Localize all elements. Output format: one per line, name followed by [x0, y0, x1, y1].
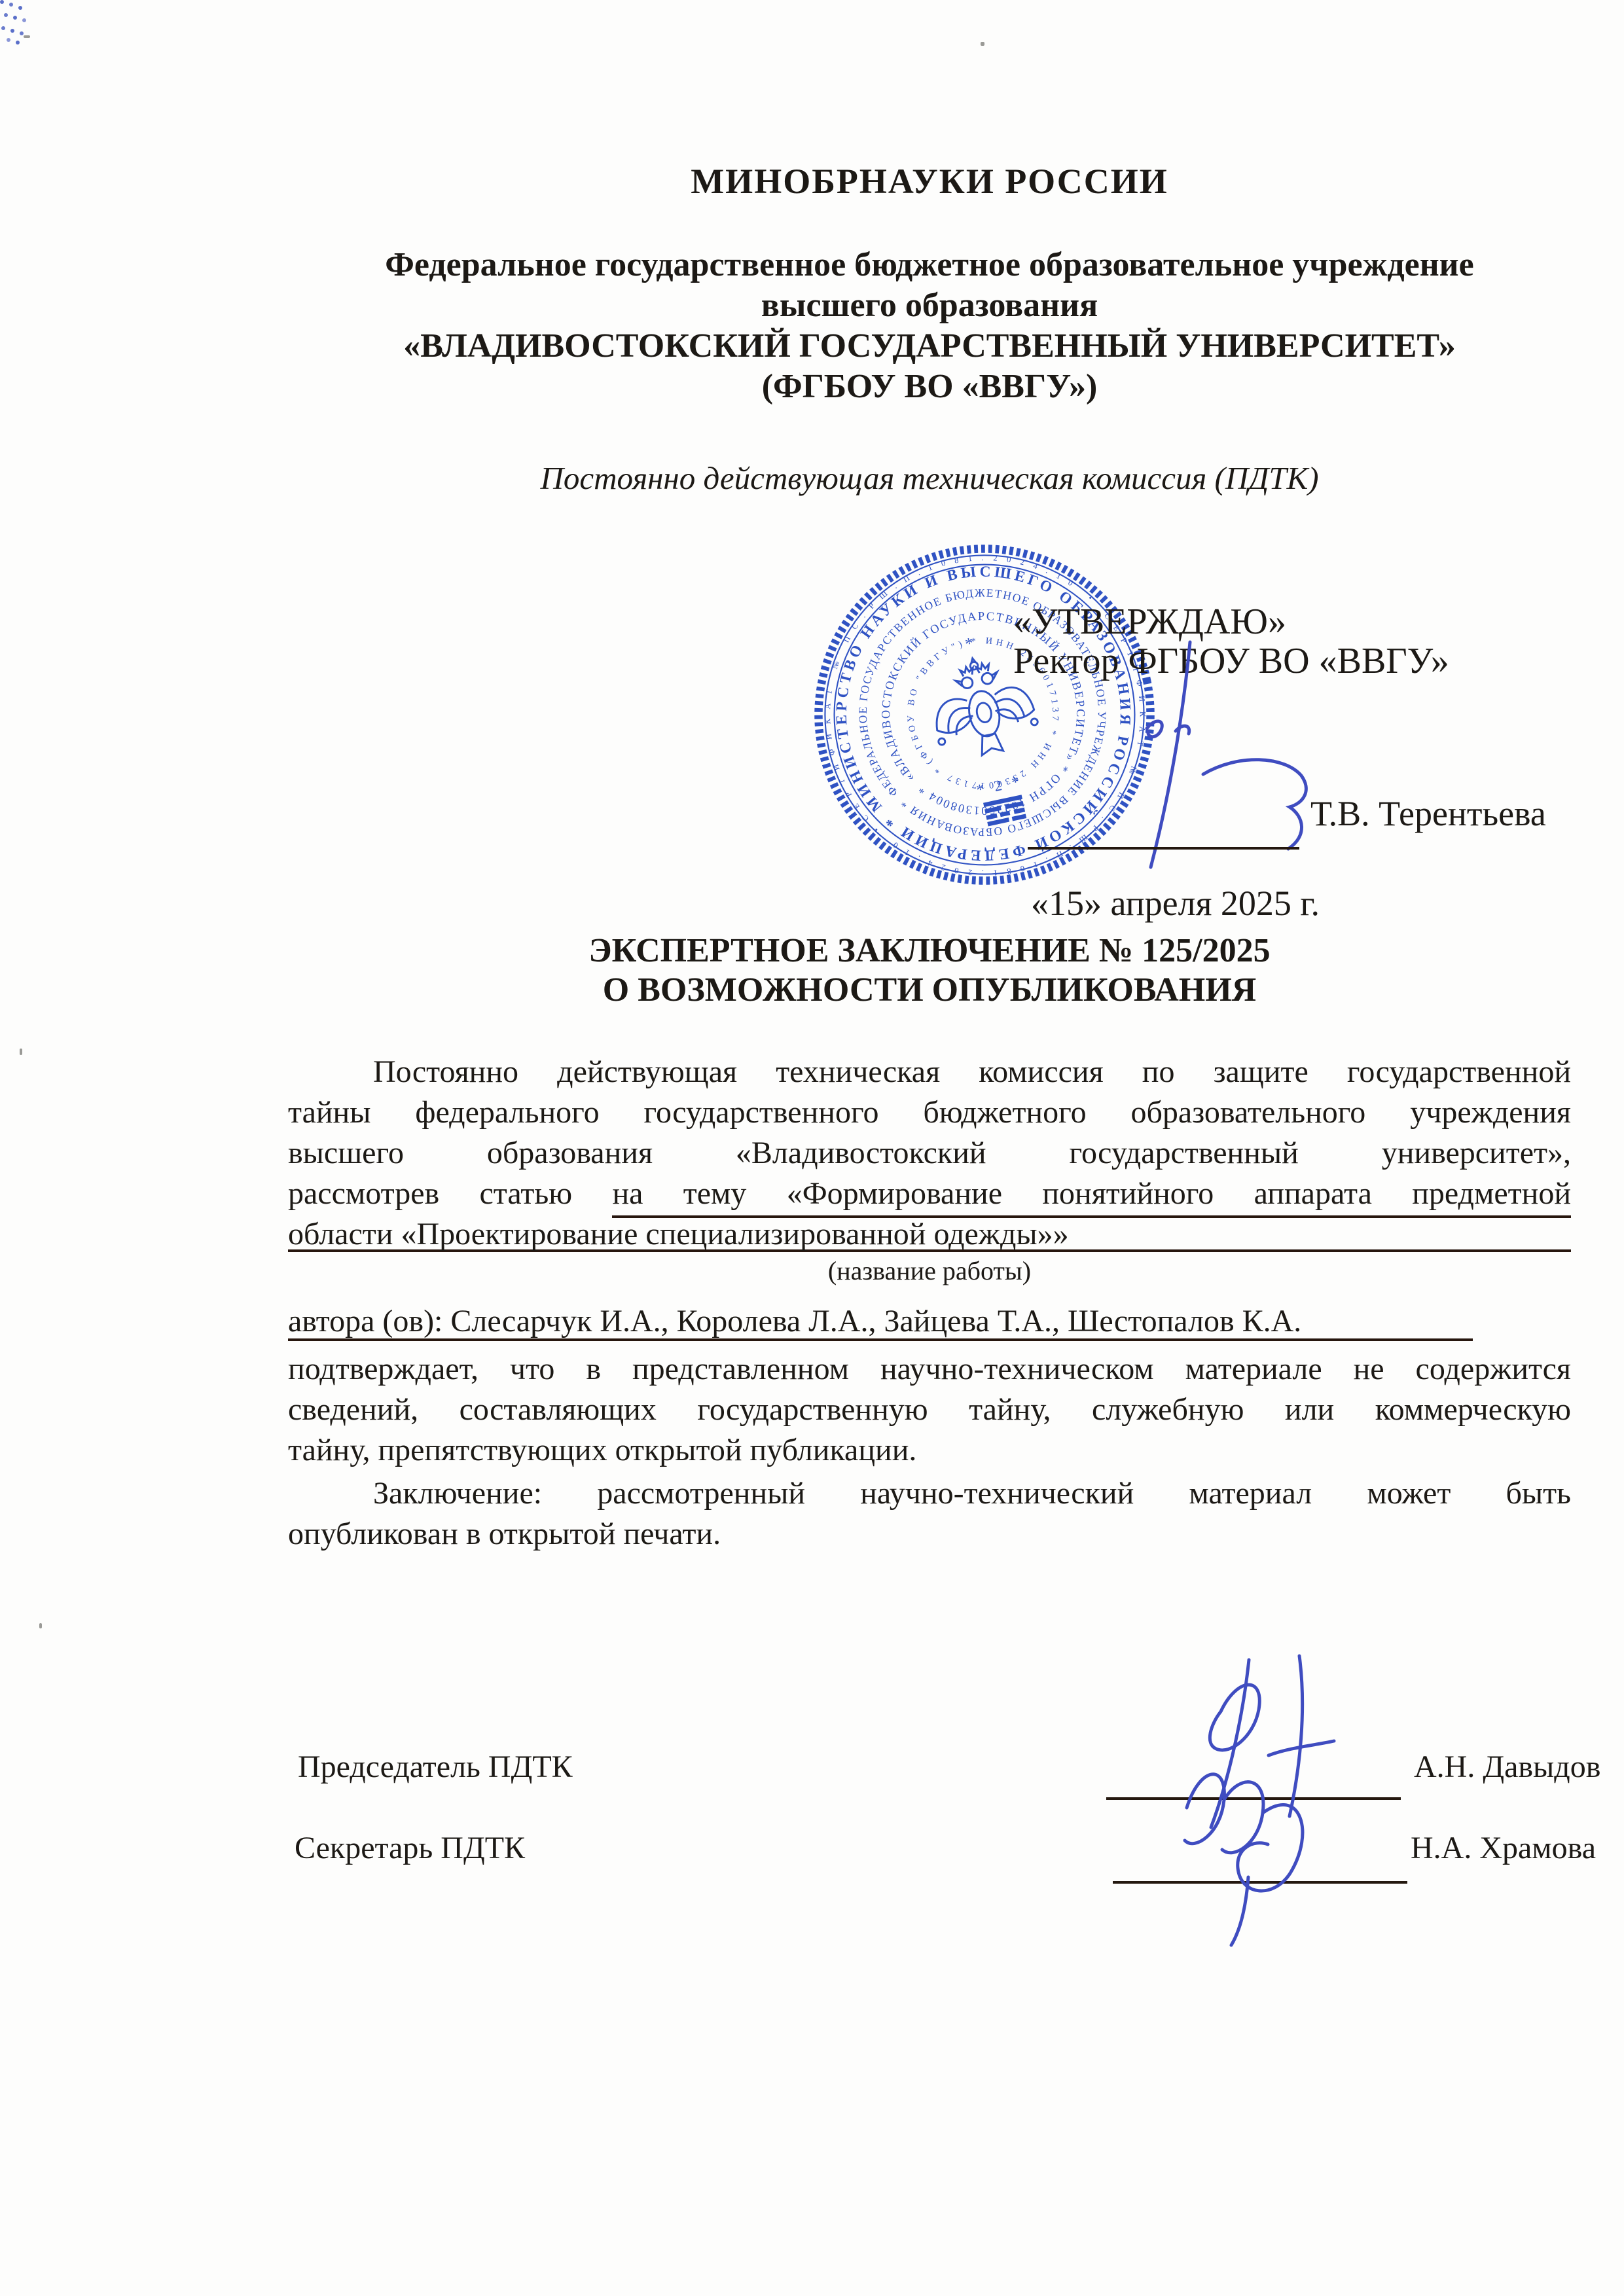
- underlined-topic-text: на тему «Формирование понятийного аппара…: [612, 1176, 1571, 1218]
- scan-speck: [20, 1049, 22, 1055]
- document-title-line2: О ВОЗМОЖНОСТИ ОПУБЛИКОВАНИЯ: [288, 971, 1571, 1010]
- ministry-heading: МИНОБРНАУКИ РОССИИ: [288, 161, 1571, 202]
- approve-word: «УТВЕРЖДАЮ»: [1013, 602, 1511, 641]
- org-line-3: «ВЛАДИВОСТОКСКИЙ ГОСУДАРСТВЕННЫЙ УНИВЕРС…: [288, 326, 1571, 367]
- body-line: рассмотрев статью на тему «Формирование …: [288, 1174, 1571, 1214]
- body-line: тайну, препятствующих открытой публикаци…: [288, 1430, 1571, 1471]
- rector-signature-line: [1028, 847, 1299, 850]
- body-paragraph-2: подтверждает, что в представленном научн…: [288, 1349, 1571, 1471]
- body-line: высшего образования «Владивостокский гос…: [288, 1133, 1571, 1174]
- scan-speck: [981, 42, 984, 46]
- body-line: Заключение: рассмотренный научно-техниче…: [288, 1473, 1571, 1514]
- chairman-name: А.Н. Давыдов: [1414, 1749, 1600, 1785]
- body-line: опубликован в открытой печати.: [288, 1514, 1571, 1554]
- org-line-2: высшего образования: [288, 285, 1571, 326]
- authors-line: автора (ов): Слесарчук И.А., Королева Л.…: [288, 1303, 1473, 1341]
- rector-name: Т.В. Терентьева: [1310, 793, 1546, 834]
- org-line-4: (ФГБОУ ВО «ВВГУ»): [288, 367, 1571, 407]
- body-line: тайны федерального государственного бюдж…: [288, 1092, 1571, 1133]
- secretary-signature: [1149, 1728, 1352, 1950]
- document-title-line1: ЭКСПЕРТНОЕ ЗАКЛЮЧЕНИЕ № 125/2025: [288, 931, 1571, 971]
- document-title: ЭКСПЕРТНОЕ ЗАКЛЮЧЕНИЕ № 125/2025 О ВОЗМО…: [288, 931, 1571, 1010]
- secretary-label: Секретарь ПДТК: [295, 1830, 525, 1866]
- org-line-1: Федеральное государственное бюджетное об…: [288, 245, 1571, 285]
- work-title-caption: (название работы): [288, 1255, 1571, 1286]
- scanned-document-page: МИНОБРНАУКИ РОССИИ Федеральное государст…: [0, 0, 1624, 2296]
- scan-speck: [39, 1623, 42, 1628]
- organization-name-block: Федеральное государственное бюджетное об…: [288, 245, 1571, 407]
- body-paragraph-1: Постоянно действующая техническая комисс…: [288, 1052, 1571, 1252]
- commission-subtitle: Постоянно действующая техническая комисс…: [288, 459, 1571, 497]
- seal-center-mark: * 2 *: [975, 772, 1024, 798]
- scan-dot-cluster: [0, 0, 4, 4]
- conclusion-paragraph: Заключение: рассмотренный научно-техниче…: [288, 1473, 1571, 1554]
- rector-signature: [1047, 638, 1348, 880]
- secretary-name: Н.А. Храмова: [1411, 1830, 1596, 1866]
- scan-speck: [24, 35, 30, 38]
- underlined-topic-text-continued: области «Проектирование специализированн…: [288, 1214, 1571, 1252]
- body-line: подтверждает, что в представленном научн…: [288, 1349, 1571, 1390]
- approval-date: «15» апреля 2025 г.: [1031, 883, 1320, 924]
- body-line: сведений, составляющих государственную т…: [288, 1390, 1571, 1430]
- body-line: Постоянно действующая техническая комисс…: [288, 1052, 1571, 1092]
- chairman-label: Председатель ПДТК: [298, 1749, 573, 1785]
